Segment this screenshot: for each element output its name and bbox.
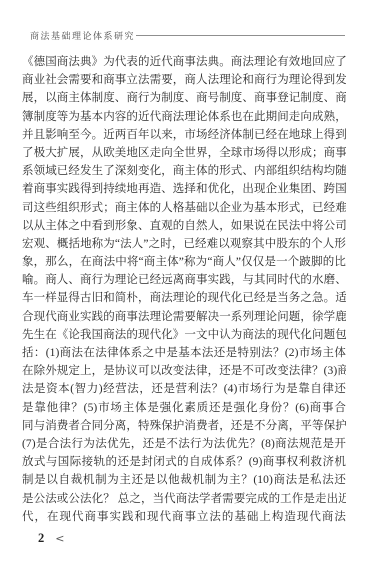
text-line: 着商事实践得到持续地再造、选择和优化，出现企业集团、跨国公 — [22, 180, 346, 198]
text-line: 合现代商业实践的商事法理论需要解决一系列理论问题，徐学鹿 — [22, 308, 346, 326]
text-line: 司这些组织形式；商主体的人格基础以企业为基本形式，已经难 — [22, 199, 346, 217]
text-line: 在除外规定上，是协议可以改变法律，还是不可改变法律？(3)商 — [22, 362, 346, 380]
running-title: 商法基础理论体系研究 — [30, 29, 135, 42]
running-header: 商法基础理论体系研究 — [30, 29, 345, 42]
text-line: 并且影响至今。近两百年以来，市场经济体制已经在地球上得到 — [22, 126, 346, 144]
text-line: 象，那么，在商法中将“商主体”称为“商人”仅仅是一个跛脚的比 — [22, 253, 346, 271]
text-line: 宏观、概括地称为“法人”之时，已经难以观察其中股东的个人形 — [22, 235, 346, 253]
text-line: 以从主体之中看到形象、直观的自然人，如果说在民法中将公司 — [22, 217, 346, 235]
text-line: 是靠他律？(5)市场主体是强化素质还是强化身份？(6)商事合 — [22, 399, 346, 417]
text-line: 法是资本(智力)经营法，还是营利法？(4)市场行为是靠自律还 — [22, 380, 346, 398]
text-line: 簿制度等为基本内容的近代商法理论体系也在此期间走向成熟， — [22, 108, 346, 126]
page-number: 2 — [38, 531, 44, 546]
body-text: 《德国商法典》为代表的近代商事法典。商法理论有效地回应了 商业社会需要和商事立法… — [22, 53, 346, 526]
page-footer: 2 < — [38, 531, 64, 546]
book-page: 商法基础理论体系研究 《德国商法典》为代表的近代商事法典。商法理论有效地回应了 … — [0, 0, 367, 576]
text-line: 放式与国际接轨的还是封闭式的自成体系？(9)商事权利救济机 — [22, 453, 346, 471]
text-line: 同与消费者合同分离，特殊保护消费者，还是不分离，平等保护？ — [22, 417, 346, 435]
text-line: 车一样显得古旧和简朴，商法理论的现代化已经是当务之急。适 — [22, 289, 346, 307]
text-line: 是公法或公法化？ 总之，当代商法学者需要完成的工作是走出近 — [22, 490, 346, 508]
left-angle-icon: < — [55, 532, 64, 545]
text-line: 先生在《论我国商法的现代化》一文中认为商法的现代化问题包 — [22, 326, 346, 344]
text-line: 括：(1)商法在法律体系之中是基本法还是特别法？(2)市场主体 — [22, 344, 346, 362]
text-line: 代，在现代商事实践和现代商事立法的基础上构造现代商法 — [22, 508, 346, 526]
header-rule — [136, 35, 345, 36]
text-line: 《德国商法典》为代表的近代商事法典。商法理论有效地回应了 — [22, 53, 346, 71]
text-line: 展，以商主体制度、商行为制度、商号制度、商事登记制度、商事账 — [22, 89, 346, 107]
text-line: 系领域已经发生了深刻变化，商主体的形式、内部组织结构均随 — [22, 162, 346, 180]
text-line: 商业社会需要和商事立法需要，商人法理论和商行为理论得到发 — [22, 71, 346, 89]
text-line: (7)是合法行为法优先，还是不法行为法优先？(8)商法规范是开 — [22, 435, 346, 453]
text-line: 喻。商人、商行为理论已经远离商事实践，与其同时代的水磨、风 — [22, 271, 346, 289]
text-line: 制是以自裁机制为主还是以他裁机制为主？(10)商法是私法还 — [22, 471, 346, 489]
text-line: 了极大扩展，从欧美地区走向全世界，全球市场得以形成；商事关 — [22, 144, 346, 162]
